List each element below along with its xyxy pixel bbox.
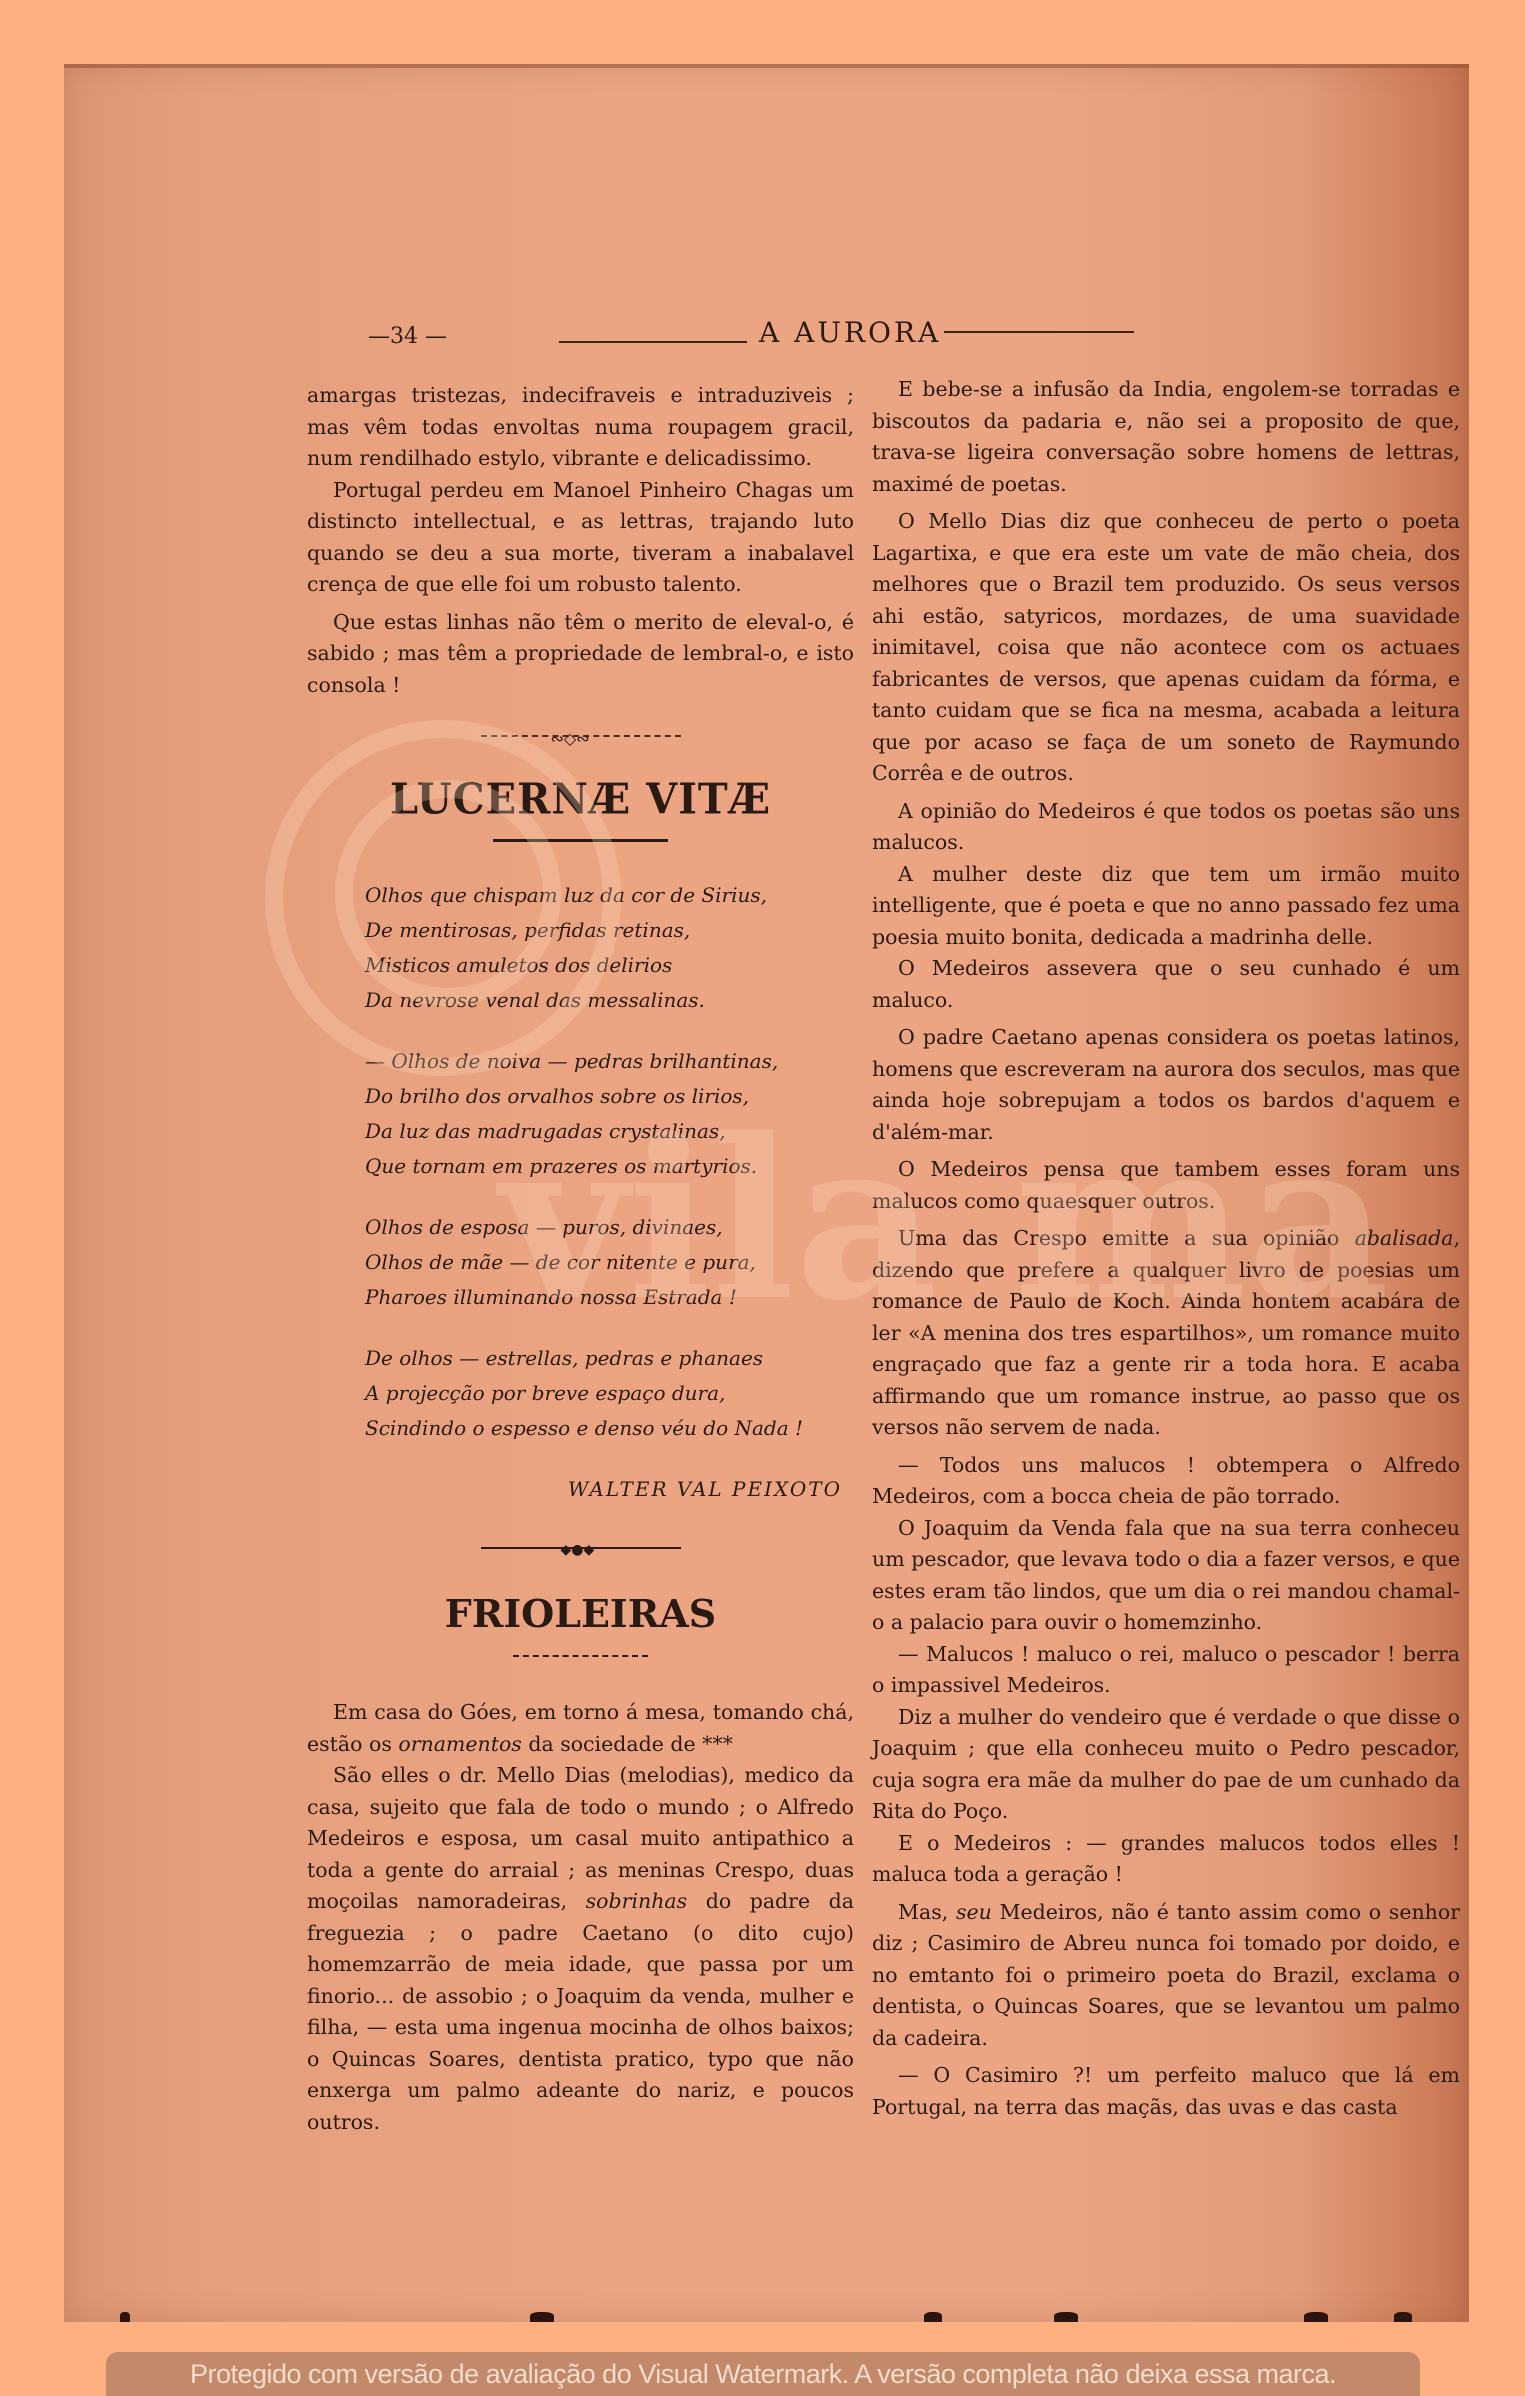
paragraph: — Todos uns malucos ! obtempera o Alfred… [872,1450,1460,1513]
left-column: amargas tristezas, indecifraveis e intra… [307,380,854,2138]
verse: Do brilho dos orvalhos sobre os lirios, [365,1079,854,1114]
verse: A projecção por breve espaço dura, [365,1376,854,1411]
paragraph: E bebe-se a infusão da India, engolem-se… [872,374,1460,500]
verse: — Olhos de noiva — pedras brilhantinas, [365,1044,854,1079]
verse: De olhos — estrellas, pedras e phanaes [365,1341,854,1376]
newspaper-page: —34 — A AURORA amargas tristezas, indeci… [64,64,1469,2322]
header-rule-right [944,331,1134,333]
header-rule-left [559,341,747,343]
page-number: —34 — [368,324,447,349]
paragraph: São elles o dr. Mello Dias (melodias), m… [307,1760,854,2138]
paragraph: Diz a mulher do vendeiro que é verdade o… [872,1702,1460,1828]
paragraph: Uma das Crespo emitte a sua opinião abal… [872,1223,1460,1444]
verse: Olhos que chispam luz da cor de Sirius, [365,878,854,913]
masthead: A AURORA [759,316,941,349]
paragraph: A opinião do Medeiros é que todos os poe… [872,796,1460,859]
verse: De mentirosas, perfidas retinas, [365,913,854,948]
verse: Scindindo o espesso e denso véu do Nada … [365,1411,854,1446]
paragraph: O padre Caetano apenas considera os poet… [872,1022,1460,1148]
verse: Da nevrose venal das messalinas. [365,983,854,1018]
title-underline [513,1655,648,1657]
title-underline [493,839,668,842]
article-body: Em casa do Góes, em torno á mesa, tomand… [307,1697,854,2138]
ornament-divider [307,723,854,747]
paragraph: Que estas linhas não têm o merito de ele… [307,607,854,702]
paragraph: O Medeiros pensa que tambem esses foram … [872,1154,1460,1217]
verse: Pharoes illuminando nossa Estrada ! [365,1280,854,1315]
article-title: FRIOLEIRAS [307,1591,854,1637]
paragraph: Mas, seu Medeiros, não é tanto assim com… [872,1897,1460,2055]
verse: Olhos de mãe — de cor nitente e pura, [365,1245,854,1280]
stanza: — Olhos de noiva — pedras brilhantinas, … [365,1044,854,1184]
verse: Olhos de esposa — puros, divinaes, [365,1210,854,1245]
stanza: Olhos que chispam luz da cor de Sirius, … [365,878,854,1018]
ornament-divider [481,1547,681,1551]
verse: Da luz das madrugadas crystalinas, [365,1114,854,1149]
verse: Misticos amuletos dos delirios [365,948,854,983]
stanza: Olhos de esposa — puros, divinaes, Olhos… [365,1210,854,1315]
paragraph: amargas tristezas, indecifraveis e intra… [307,380,854,475]
page-header: —34 — A AURORA [304,312,1144,352]
poem-author: WALTER VAL PEIXOTO [365,1472,842,1507]
paragraph: — Malucos ! maluco o rei, maluco o pesca… [872,1639,1460,1702]
paragraph: O Medeiros assevera que o seu cunhado é … [872,953,1460,1016]
stanza: De olhos — estrellas, pedras e phanaes A… [365,1341,854,1446]
paragraph: E o Medeiros : — grandes malucos todos e… [872,1828,1460,1891]
paragraph: — O Casimiro ?! um perfeito maluco que l… [872,2060,1460,2123]
page-bottom-marks [64,2312,1469,2322]
poem-title: LUCERNÆ VITÆ [307,774,854,827]
paragraph: A mulher deste diz que tem um irmão muit… [872,859,1460,954]
paragraph: Em casa do Góes, em torno á mesa, tomand… [307,1697,854,1760]
right-column: E bebe-se a infusão da India, engolem-se… [872,374,1460,2123]
poem: Olhos que chispam luz da cor de Sirius, … [365,878,854,1507]
paragraph: O Mello Dias diz que conheceu de perto o… [872,506,1460,790]
verse: Que tornam em prazeres os martyrios. [365,1149,854,1184]
paragraph: O Joaquim da Venda fala que na sua terra… [872,1513,1460,1639]
watermark-notice: Protegido com versão de avaliação do Vis… [106,2352,1420,2396]
paragraph: Portugal perdeu em Manoel Pinheiro Chaga… [307,475,854,601]
